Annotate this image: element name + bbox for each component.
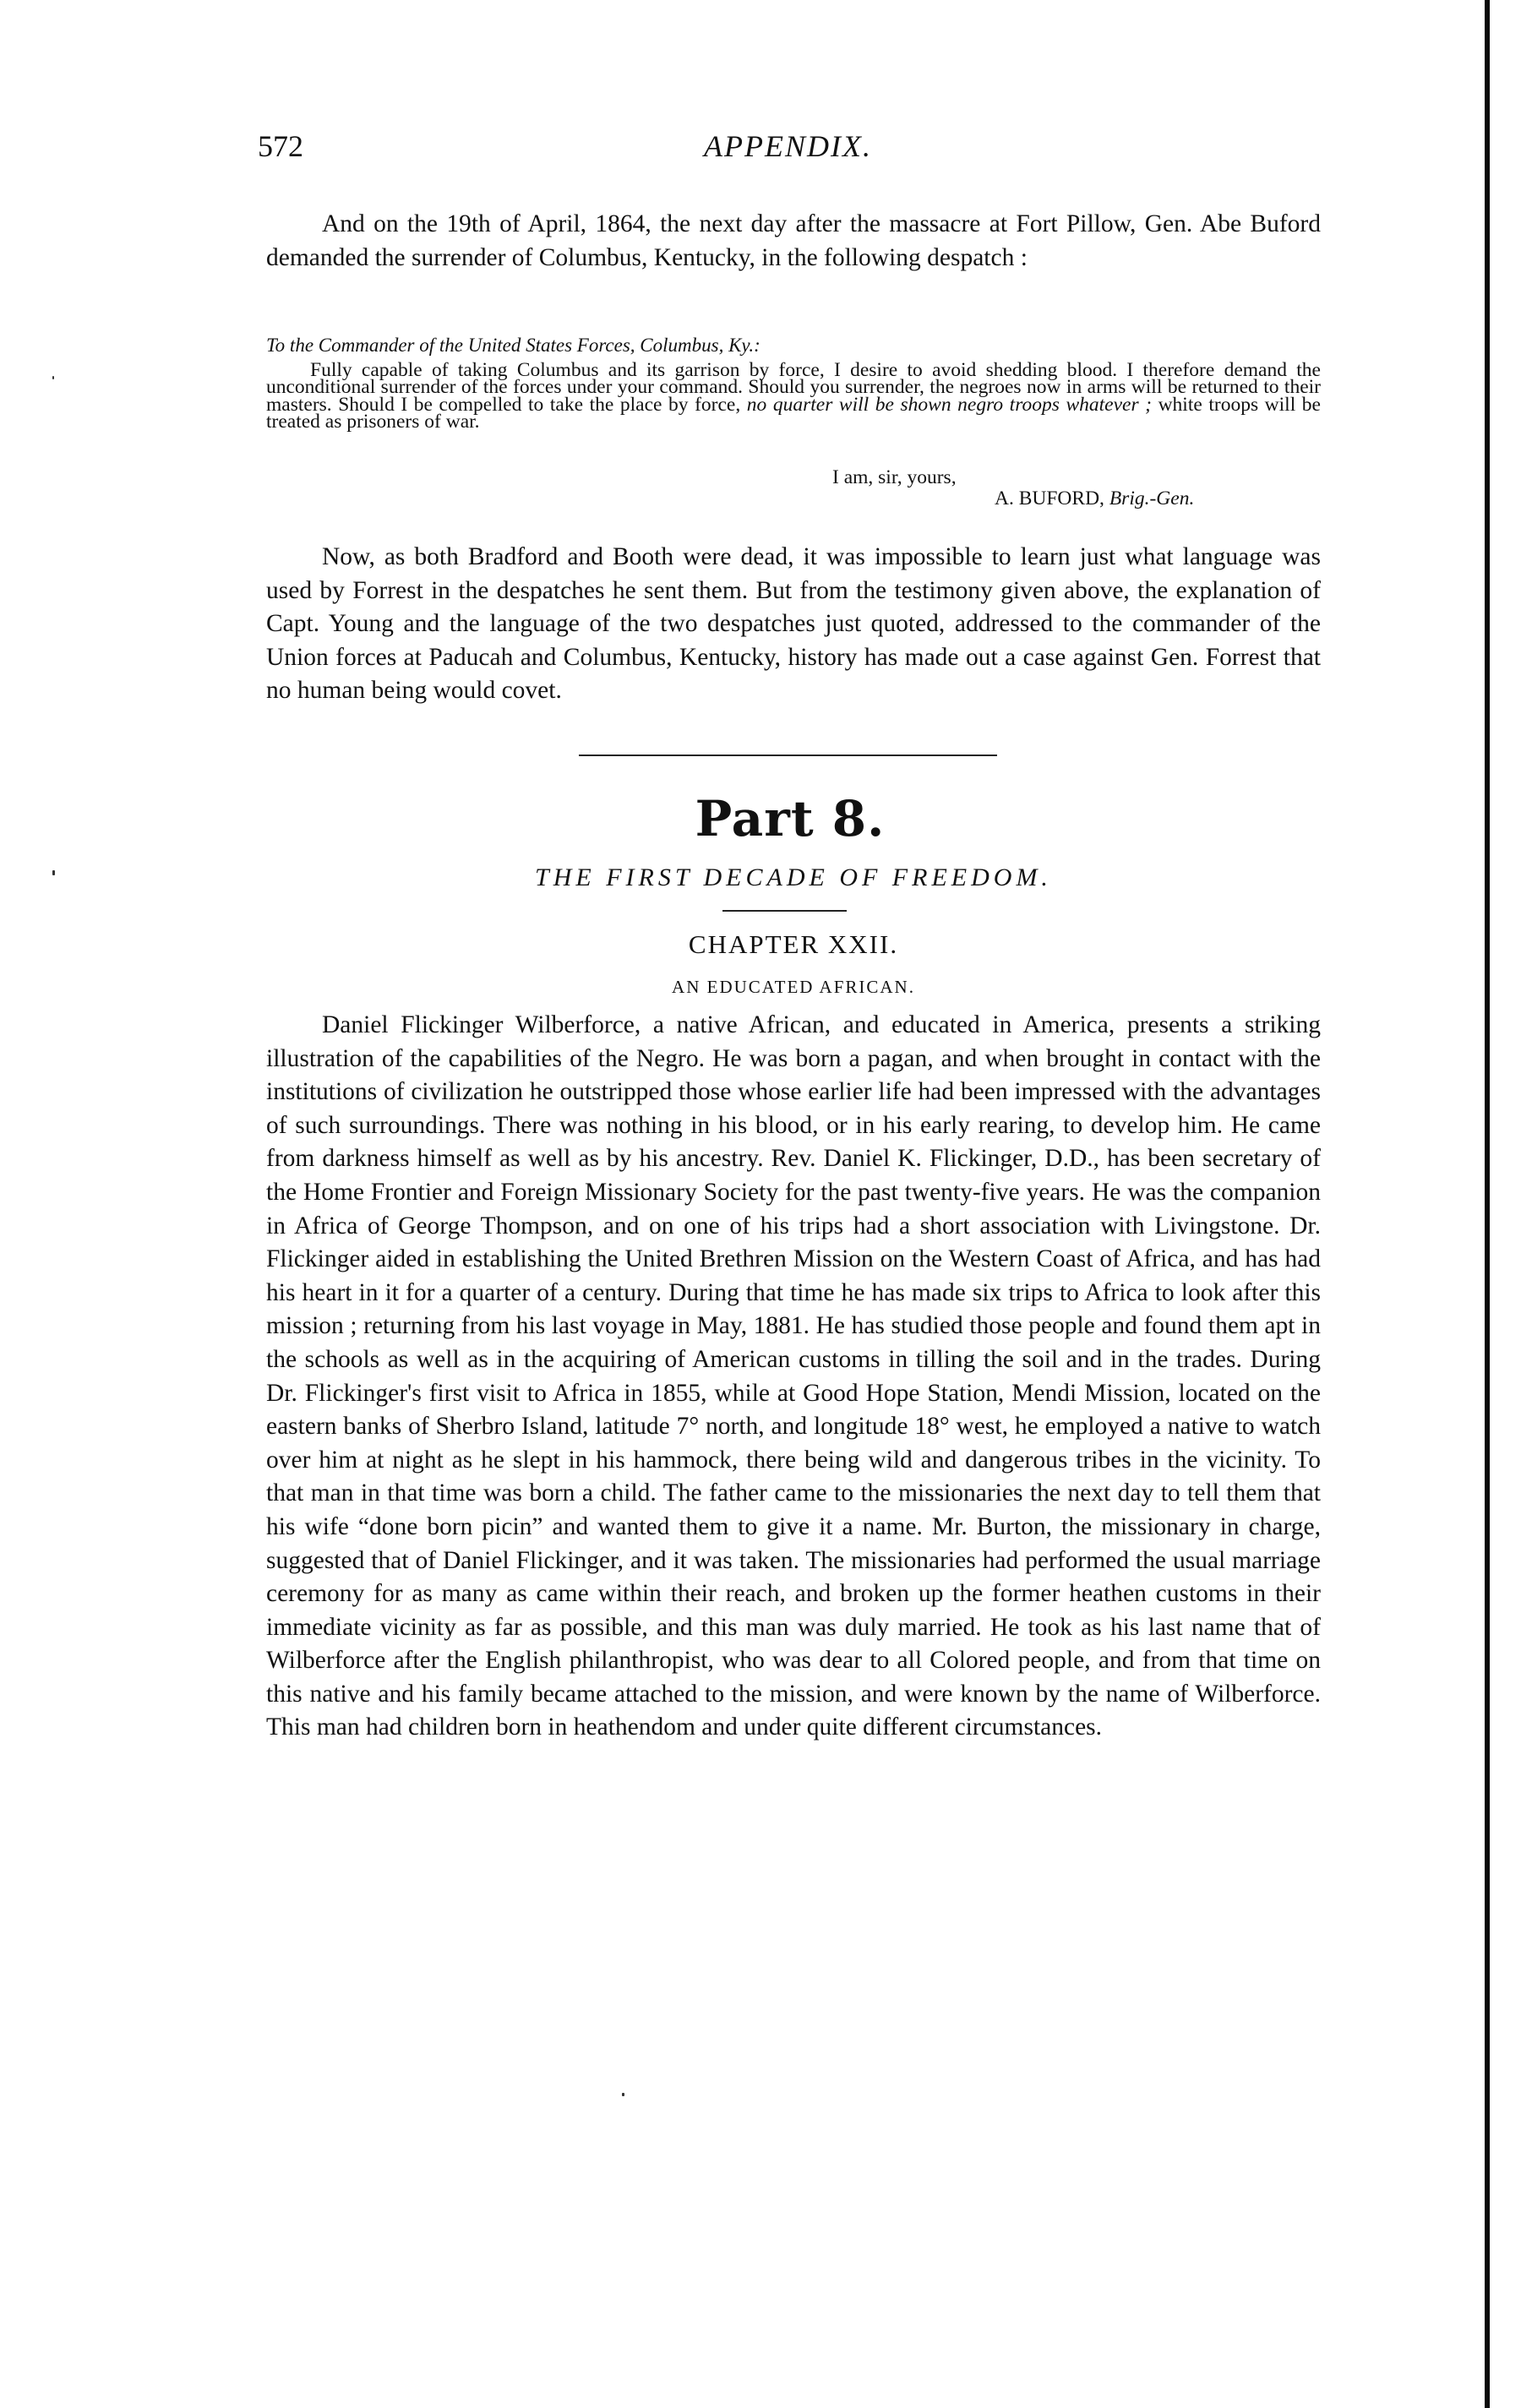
part-subtitle: THE FIRST DECADE OF FREEDOM. — [266, 864, 1321, 892]
part-title-text: Part 8. — [695, 790, 886, 847]
running-title: APPENDIX. — [258, 128, 1318, 164]
book-page: 572 APPENDIX. And on the 19th of April, … — [0, 0, 1521, 2408]
chapter-title: CHAPTER XXII. — [266, 929, 1321, 960]
section-divider — [579, 755, 997, 756]
scan-speck — [622, 2093, 624, 2096]
part-title: Part 8. — [0, 790, 1521, 847]
letter-closing: I am, sir, yours, — [832, 466, 957, 489]
letter-body-emphasis: no quarter will be shown negro troops wh… — [747, 394, 1152, 416]
page-edge-border — [1485, 0, 1490, 2408]
scan-speck — [52, 870, 55, 875]
scan-speck — [52, 376, 54, 379]
signature-rank: Brig.-Gen. — [1109, 488, 1195, 509]
paragraph-wilberforce: Daniel Flickinger Wilberforce, a native … — [266, 1009, 1321, 1745]
letter-body: Fully capable of taking Columbus and its… — [266, 362, 1321, 430]
paragraph-buford-intro: And on the 19th of April, 1864, the next… — [266, 208, 1321, 275]
short-divider — [722, 910, 847, 912]
paragraph-forrest-conclusion: Now, as both Bradford and Booth were dea… — [266, 541, 1321, 708]
letter-addressee: To the Commander of the United States Fo… — [266, 335, 760, 357]
section-title: AN EDUCATED AFRICAN. — [266, 977, 1321, 998]
letter-signature: A. BUFORD, Brig.-Gen. — [995, 488, 1194, 510]
signature-name: A. BUFORD, — [995, 488, 1109, 509]
running-head: 572 APPENDIX. — [258, 128, 1318, 166]
